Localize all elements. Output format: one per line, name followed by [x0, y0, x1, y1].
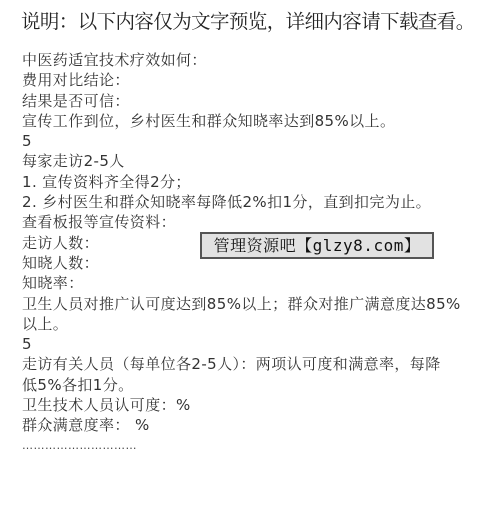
- text-line: 5: [22, 334, 492, 354]
- text-line: 2. 乡村医生和群众知晓率每降低2%扣1分，直到扣完为止。: [22, 192, 492, 212]
- text-line: 结果是否可信：: [22, 91, 492, 111]
- text-line: 以上。: [22, 314, 492, 334]
- text-line: 群众满意度率： %: [22, 415, 492, 435]
- text-line: 每家走访2-5人: [22, 151, 492, 171]
- preview-notice: 说明：以下内容仅为文字预览，详细内容请下载查看。: [21, 10, 475, 34]
- text-line: 卫生技术人员认可度：%: [22, 395, 492, 415]
- text-line: 卫生人员对推广认可度达到85%以上；群众对推广满意度达85%: [22, 294, 492, 314]
- text-line: 1. 宣传资料齐全得2分；: [22, 172, 492, 192]
- text-line: 查看板报等宣传资料：: [22, 212, 492, 232]
- text-line: 费用对比结论：: [22, 70, 492, 90]
- text-line: 5: [22, 131, 492, 151]
- text-line: 中医药适宜技术疗效如何：: [22, 50, 492, 70]
- text-line: 走访有关人员（每单位各2-5人）：两项认可度和满意率，每降: [22, 354, 492, 374]
- text-line: 宣传工作到位，乡村医生和群众知晓率达到85%以上。: [22, 111, 492, 131]
- text-line: 知晓率：: [22, 273, 492, 293]
- ellipsis-divider: …………………………: [22, 436, 492, 456]
- text-line: 低5%各扣1分。: [22, 375, 492, 395]
- watermark-badge: 管理资源吧【glzy8.com】: [200, 232, 434, 259]
